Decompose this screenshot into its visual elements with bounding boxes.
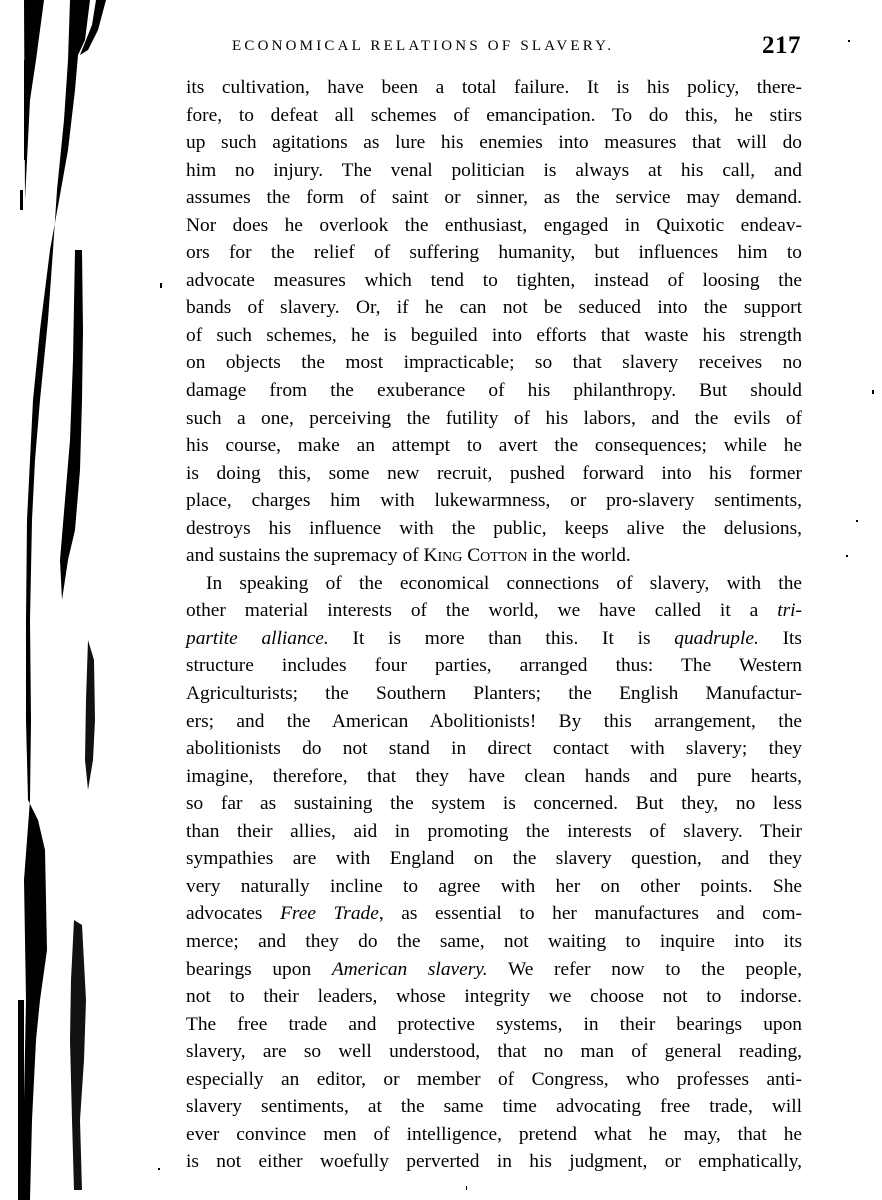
text-line: bearings upon American slavery. We refer…	[186, 956, 802, 984]
text-line: especially an editor, or member of Congr…	[186, 1066, 802, 1094]
text-line: ors for the relief of suffering humanity…	[186, 239, 802, 267]
text-span: ers; and the American Abolitionists! By …	[186, 711, 802, 732]
text-span: assumes the form of saint or sinner, as …	[186, 187, 802, 208]
text-span: place, charges him with lukewarmness, or…	[186, 490, 802, 511]
text-span: Nor does he overlook the enthusiast, eng…	[186, 215, 802, 236]
text-span: structure includes four parties, arrange…	[186, 655, 802, 676]
text-span: imagine, therefore, that they have clean…	[186, 766, 802, 787]
text-span: merce; and they do the same, not waiting…	[186, 931, 802, 952]
text-line: abolitionists do not stand in direct con…	[186, 735, 802, 763]
running-title: ECONOMICAL RELATIONS OF SLAVERY.	[232, 38, 614, 55]
text-line: merce; and they do the same, not waiting…	[186, 928, 802, 956]
text-span: very naturally incline to agree with her…	[186, 876, 802, 897]
italic-phrase: quadruple.	[674, 628, 759, 649]
text-span: damage from the exuberance of his philan…	[186, 380, 802, 401]
text-line: so far as sustaining the system is conce…	[186, 790, 802, 818]
ink-speck	[856, 520, 858, 522]
text-line: slavery, are so well understood, that no…	[186, 1038, 802, 1066]
text-span: not to their leaders, whose integrity we…	[186, 986, 802, 1007]
text-line: imagine, therefore, that they have clean…	[186, 763, 802, 791]
text-span: destroys his influence with the public, …	[186, 518, 802, 539]
text-line: is doing this, some new recruit, pushed …	[186, 460, 802, 488]
text-span: ors for the relief of suffering humanity…	[186, 242, 802, 263]
text-span: especially an editor, or member of Congr…	[186, 1069, 802, 1090]
text-line: not to their leaders, whose integrity we…	[186, 983, 802, 1011]
text-span: sympathies are with England on the slave…	[186, 848, 802, 869]
running-head: ECONOMICAL RELATIONS OF SLAVERY. 217	[232, 32, 832, 62]
text-line: assumes the form of saint or sinner, as …	[186, 184, 802, 212]
text-line: sympathies are with England on the slave…	[186, 845, 802, 873]
ink-speck	[466, 1186, 467, 1190]
text-line: In speaking of the economical connection…	[186, 570, 802, 598]
paragraph: In speaking of the economical connection…	[186, 570, 802, 1176]
text-span: ever convince men of intelligence, prete…	[186, 1124, 802, 1145]
text-span: The free trade and protective systems, i…	[186, 1014, 802, 1035]
text-line: up such agitations as lure his enemies i…	[186, 129, 802, 157]
text-span: bearings upon	[186, 959, 332, 980]
text-span: is not either woefully perverted in his …	[186, 1151, 802, 1172]
text-line: than their allies, aid in promoting the …	[186, 818, 802, 846]
text-line: his course, make an attempt to avert the…	[186, 432, 802, 460]
text-span: It is more than this. It is	[329, 628, 675, 649]
text-span: , as essential to her manufactures and c…	[379, 903, 802, 924]
text-line: damage from the exuberance of his philan…	[186, 377, 802, 405]
text-span: Its	[759, 628, 802, 649]
text-line: slavery sentiments, at the same time adv…	[186, 1093, 802, 1121]
text-line: other material interests of the world, w…	[186, 597, 802, 625]
ink-speck	[846, 555, 848, 557]
paragraph: its cultivation, have been a total failu…	[186, 74, 802, 570]
text-span: fore, to defeat all schemes of emancipat…	[186, 105, 802, 126]
ink-speck	[160, 283, 162, 288]
page-number: 217	[762, 32, 801, 60]
text-span: such a one, perceiving the futility of h…	[186, 408, 802, 429]
text-line: Agriculturists; the Southern Planters; t…	[186, 680, 802, 708]
text-line: is not either woefully perverted in his …	[186, 1148, 802, 1176]
text-line: very naturally incline to agree with her…	[186, 873, 802, 901]
italic-phrase: Free Trade	[280, 903, 379, 924]
text-span: We refer now to the people,	[488, 959, 802, 980]
text-line: structure includes four parties, arrange…	[186, 652, 802, 680]
italic-phrase: partite alliance.	[186, 628, 329, 649]
binding-shadow	[0, 0, 120, 1200]
text-line: of such schemes, he is beguiled into eff…	[186, 322, 802, 350]
text-line: partite alliance. It is more than this. …	[186, 625, 802, 653]
text-span: other material interests of the world, w…	[186, 600, 777, 621]
italic-phrase: tri-	[777, 600, 802, 621]
text-span: advocate measures which tend to tighten,…	[186, 270, 802, 291]
body-text: its cultivation, have been a total failu…	[186, 74, 802, 1176]
book-page: ECONOMICAL RELATIONS OF SLAVERY. 217 its…	[0, 0, 882, 1200]
text-span: on objects the most impracticable; so th…	[186, 352, 802, 373]
text-span: is doing this, some new recruit, pushed …	[186, 463, 802, 484]
text-line: its cultivation, have been a total failu…	[186, 74, 802, 102]
text-line: fore, to defeat all schemes of emancipat…	[186, 102, 802, 130]
text-line: on objects the most impracticable; so th…	[186, 349, 802, 377]
text-span: advocates	[186, 903, 280, 924]
text-span: up such agitations as lure his enemies i…	[186, 132, 802, 153]
text-span: so far as sustaining the system is conce…	[186, 793, 802, 814]
text-line: Nor does he overlook the enthusiast, eng…	[186, 212, 802, 240]
text-line: advocates Free Trade, as essential to he…	[186, 900, 802, 928]
text-span: slavery sentiments, at the same time adv…	[186, 1096, 802, 1117]
ink-speck	[158, 1168, 160, 1170]
text-line: bands of slavery. Or, if he can not be s…	[186, 294, 802, 322]
text-span: abolitionists do not stand in direct con…	[186, 738, 802, 759]
ink-speck	[848, 40, 850, 42]
text-line: and sustains the supremacy of King Cotto…	[186, 542, 802, 570]
text-line: destroys his influence with the public, …	[186, 515, 802, 543]
text-span: in the world.	[527, 545, 630, 566]
text-span: slavery, are so well understood, that no…	[186, 1041, 802, 1062]
text-span: him no injury. The venal politician is a…	[186, 160, 802, 181]
text-span: bands of slavery. Or, if he can not be s…	[186, 297, 802, 318]
text-line: him no injury. The venal politician is a…	[186, 157, 802, 185]
text-span: In speaking of the economical connection…	[206, 573, 802, 594]
text-span: of such schemes, he is beguiled into eff…	[186, 325, 802, 346]
text-span: its cultivation, have been a total failu…	[186, 77, 802, 98]
text-span: and sustains the supremacy of	[186, 545, 423, 566]
ink-speck	[872, 390, 874, 394]
text-span: Agriculturists; the Southern Planters; t…	[186, 683, 802, 704]
text-line: ever convince men of intelligence, prete…	[186, 1121, 802, 1149]
text-line: advocate measures which tend to tighten,…	[186, 267, 802, 295]
text-line: such a one, perceiving the futility of h…	[186, 405, 802, 433]
italic-phrase: American slavery.	[332, 959, 488, 980]
text-span: than their allies, aid in promoting the …	[186, 821, 802, 842]
small-caps-phrase: King Cotton	[423, 545, 527, 566]
text-line: place, charges him with lukewarmness, or…	[186, 487, 802, 515]
text-line: The free trade and protective systems, i…	[186, 1011, 802, 1039]
text-line: ers; and the American Abolitionists! By …	[186, 708, 802, 736]
text-span: his course, make an attempt to avert the…	[186, 435, 802, 456]
